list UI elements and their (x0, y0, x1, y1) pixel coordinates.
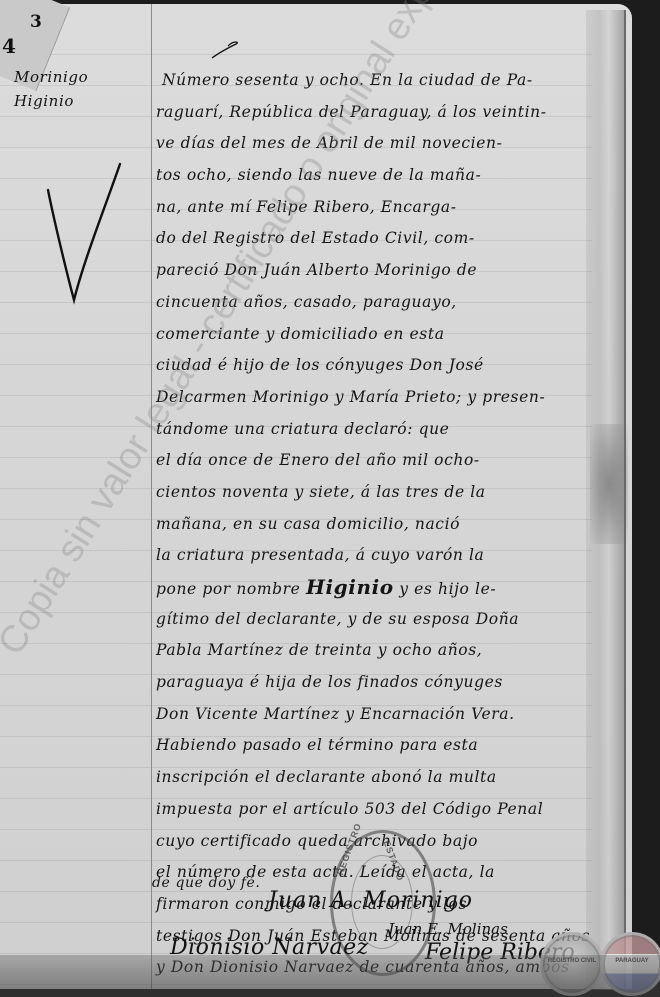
record-line: impuesta por el artículo 503 del Código … (156, 797, 586, 829)
checkmark-icon (44, 160, 124, 310)
record-line: mañana, en su casa domicilio, nació (156, 512, 586, 544)
signature-witness-1: Juan E. Molinas (388, 920, 508, 938)
page-number-4: 4 (2, 34, 16, 58)
closing-phrase: de que doy fé. (152, 875, 260, 891)
water-stain (590, 424, 628, 544)
margin-given-name: Higinio (14, 90, 74, 112)
record-line: ve días del mes de Abril de mil novecien… (156, 131, 586, 163)
record-line: inscripción el declarante abonó la multa (156, 765, 586, 797)
record-line: ciudad é hijo de los cónyuges Don José (156, 353, 586, 385)
record-line: paraguaya é hija de los finados cónyuges (156, 670, 586, 702)
record-line-child-name: pone por nombre Higinio y es hijo le- (156, 575, 586, 607)
record-line: pareció Don Juán Alberto Morinigo de (156, 258, 586, 290)
margin-rule (151, 4, 152, 989)
line-text: y es hijo le- (394, 580, 496, 598)
record-line: Delcarmen Morinigo y María Prieto; y pre… (156, 385, 586, 417)
record-line: gítimo del declarante, y de su esposa Do… (156, 607, 586, 639)
record-line: Don Vicente Martínez y Encarnación Vera. (156, 702, 586, 734)
record-line: Número sesenta y ocho. En la ciudad de P… (156, 68, 586, 100)
record-line: na, ante mí Felipe Ribero, Encarga- (156, 195, 586, 227)
record-line: comerciante y domiciliado en esta (156, 322, 586, 354)
page-number-3: 3 (30, 12, 42, 32)
line-text: pone por nombre (156, 580, 306, 598)
record-line: raguarí, República del Paraguay, á los v… (156, 100, 586, 132)
record-line: Pabla Martínez de treinta y ocho años, (156, 638, 586, 670)
heading-flourish-icon (210, 40, 240, 60)
record-line: cincuenta años, casado, paraguayo, (156, 290, 586, 322)
record-line: el día once de Enero del año mil ocho- (156, 448, 586, 480)
record-line: tos ocho, siendo las nueve de la maña- (156, 163, 586, 195)
child-name: Higinio (306, 575, 394, 599)
folded-bottom-edge (0, 955, 660, 997)
signature-declarant: Juan A. Morinigo (268, 888, 473, 913)
document-scan: 3 4 Morinigo Higinio Número sesenta y oc… (0, 0, 660, 997)
record-line: do del Registro del Estado Civil, com- (156, 226, 586, 258)
record-line: tándome una criatura declaró: que (156, 417, 586, 449)
record-line: cientos noventa y siete, á las tres de l… (156, 480, 586, 512)
record-line: la criatura presentada, á cuyo varón la (156, 543, 586, 575)
record-line: Habiendo pasado el término para esta (156, 733, 586, 765)
margin-surname: Morinigo (14, 66, 88, 88)
